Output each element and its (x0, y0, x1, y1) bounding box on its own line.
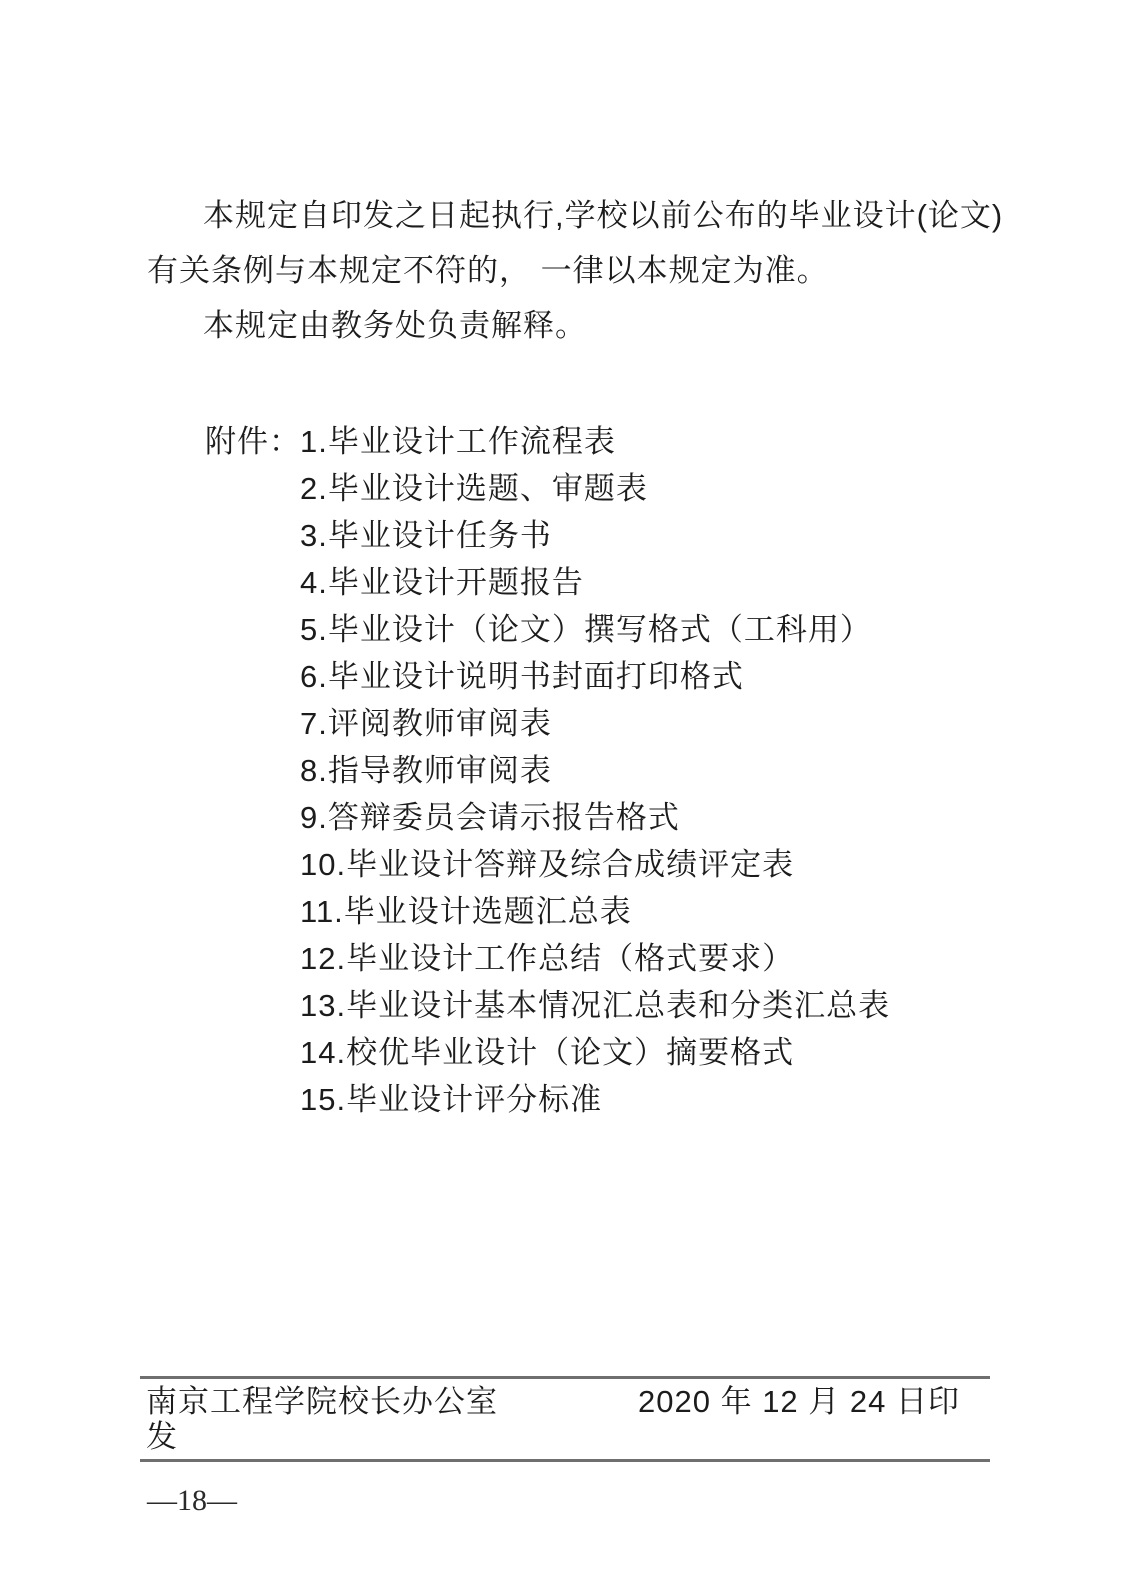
attachment-item-10: 10.毕业设计答辩及综合成绩评定表 (300, 841, 1007, 888)
attachment-item-14: 14.校优毕业设计（论文）摘要格式 (300, 1029, 1007, 1076)
issuer-date-box: 南京工程学院校长办公室 2020 年 12 月 24 日印 发 (140, 1376, 990, 1462)
attachment-item-5: 5.毕业设计（论文）撰写格式（工科用） (300, 606, 1007, 653)
attachment-item-4: 4.毕业设计开题报告 (300, 559, 1007, 606)
attachment-item-1: 1.毕业设计工作流程表 (300, 418, 1007, 465)
attachment-item-2: 2.毕业设计选题、审题表 (300, 465, 1007, 512)
page-number: —18— (147, 1484, 237, 1518)
paragraph-2: 本规定由教务处负责解释。 (147, 298, 979, 353)
attachment-list: 附件： 1.毕业设计工作流程表 2.毕业设计选题、审题表 3.毕业设计任务书 4… (147, 418, 1007, 1123)
issuer-wrapped-char: 发 (146, 1419, 990, 1454)
body-paragraphs: 本规定自印发之日起执行,学校以前公布的毕业设计(论文) 有关条例与本规定不符的，… (147, 188, 979, 353)
paragraph-1-line-1: 本规定自印发之日起执行,学校以前公布的毕业设计(论文) (147, 188, 979, 243)
print-date: 2020 年 12 月 24 日印 (638, 1384, 990, 1419)
paragraph-1-line-2: 有关条例与本规定不符的， 一律以本规定为准。 (147, 243, 979, 298)
attachment-item-8: 8.指导教师审阅表 (300, 747, 1007, 794)
attachment-item-13: 13.毕业设计基本情况汇总表和分类汇总表 (300, 982, 1007, 1029)
attachment-item-7: 7.评阅教师审阅表 (300, 700, 1007, 747)
document-page: 本规定自印发之日起执行,学校以前公布的毕业设计(论文) 有关条例与本规定不符的，… (0, 0, 1123, 1591)
attachment-item-6: 6.毕业设计说明书封面打印格式 (300, 653, 1007, 700)
attachment-item-12: 12.毕业设计工作总结（格式要求） (300, 935, 1007, 982)
attachment-item-15: 15.毕业设计评分标准 (300, 1076, 1007, 1123)
issuer-date-row: 南京工程学院校长办公室 2020 年 12 月 24 日印 (146, 1384, 990, 1419)
issuer-name: 南京工程学院校长办公室 (146, 1384, 498, 1419)
attachment-items: 1.毕业设计工作流程表 2.毕业设计选题、审题表 3.毕业设计任务书 4.毕业设… (147, 418, 1007, 1123)
attachment-item-9: 9.答辩委员会请示报告格式 (300, 794, 1007, 841)
attachment-item-3: 3.毕业设计任务书 (300, 512, 1007, 559)
attachment-item-11: 11.毕业设计选题汇总表 (300, 888, 1007, 935)
attachment-label: 附件： (205, 418, 301, 465)
